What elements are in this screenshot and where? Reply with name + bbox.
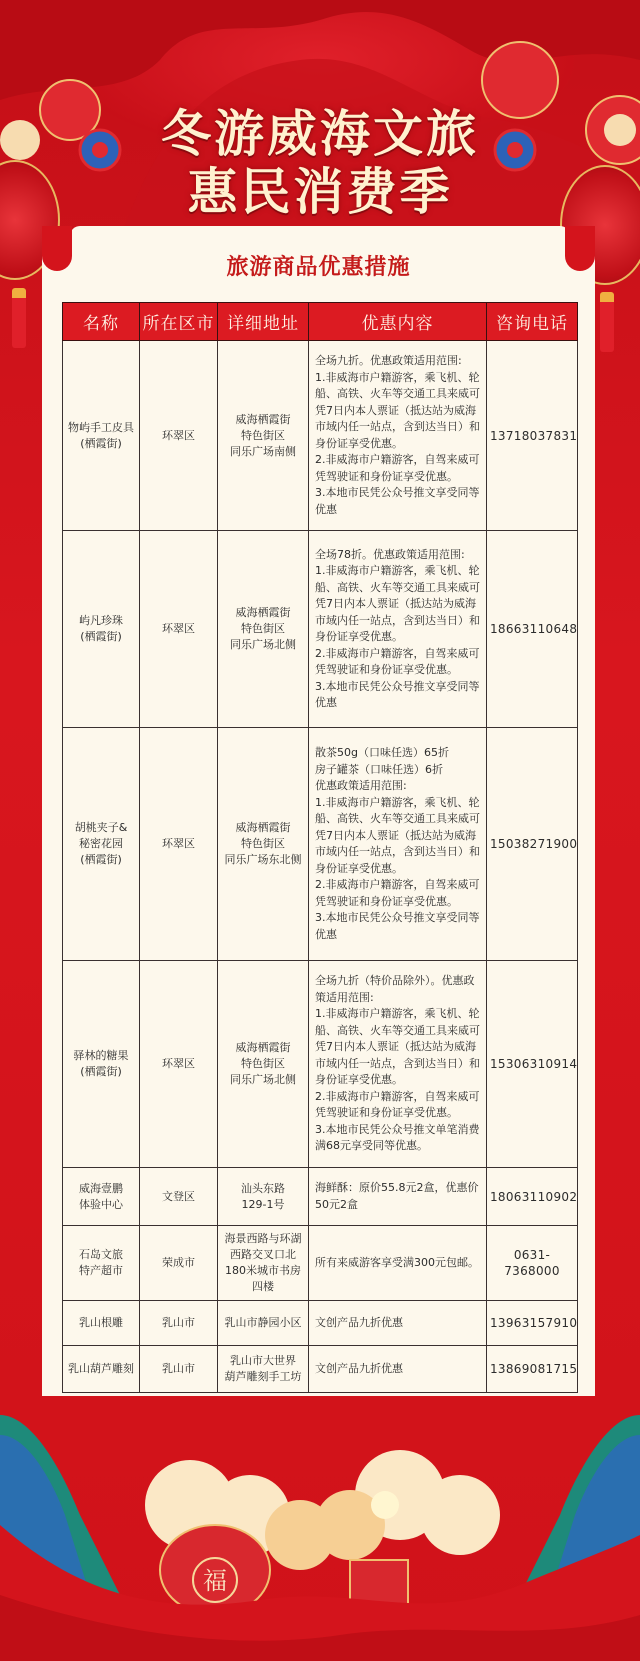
column-header-district: 所在区市 <box>140 303 218 341</box>
table-row: 乳山根雕乳山市乳山市静园小区文创产品九折优惠13963157910 <box>63 1301 578 1346</box>
cell-name: 物屿手工皮具 (栖霞街) <box>63 341 140 531</box>
cell-district: 乳山市 <box>140 1346 218 1393</box>
cell-name: 石岛文旅 特产超市 <box>63 1226 140 1301</box>
cell-phone: 15306310914 <box>487 961 578 1168</box>
cell-name: 驿林的糖果 (栖霞街) <box>63 961 140 1168</box>
cell-offer: 全场九折（特价品除外）。优惠政策适用范围: 1.非威海市户籍游客，乘飞机、轮船、… <box>309 961 487 1168</box>
cell-phone: 15038271900 <box>487 728 578 961</box>
cell-phone: 13963157910 <box>487 1301 578 1346</box>
cell-name: 威海壹鹏 体验中心 <box>63 1168 140 1226</box>
cell-address: 乳山市静园小区 <box>218 1301 309 1346</box>
cell-address: 汕头东路 129-1号 <box>218 1168 309 1226</box>
lantern-tassel-left <box>12 288 26 348</box>
bottom-decoration: 福 <box>0 1395 640 1661</box>
cell-name: 乳山葫芦雕刻 <box>63 1346 140 1393</box>
cell-address: 威海栖霞街 特色街区 同乐广场东北侧 <box>218 728 309 961</box>
cell-offer: 全场78折。优惠政策适用范围: 1.非威海市户籍游客，乘飞机、轮船、高铁、火车等… <box>309 531 487 728</box>
cell-address: 威海栖霞街 特色街区 同乐广场南侧 <box>218 341 309 531</box>
cell-phone: 13718037831 <box>487 341 578 531</box>
offers-table: 名称 所在区市 详细地址 优惠内容 咨询电话 物屿手工皮具 (栖霞街)环翠区威海… <box>62 302 578 1393</box>
cell-address: 海景西路与环湖西路交叉口北180米城市书房四楼 <box>218 1226 309 1301</box>
cell-name: 胡桃夹子& 秘密花园 (栖霞街) <box>63 728 140 961</box>
page-title: 冬游威海文旅 惠民消费季 <box>0 105 640 221</box>
cell-phone: 18663110648 <box>487 531 578 728</box>
table-header-row: 名称 所在区市 详细地址 优惠内容 咨询电话 <box>63 303 578 341</box>
cell-district: 环翠区 <box>140 531 218 728</box>
cell-address: 乳山市大世界 葫芦雕刻手工坊 <box>218 1346 309 1393</box>
column-header-phone: 咨询电话 <box>487 303 578 341</box>
cell-offer: 散茶50g（口味任选）65折 房子罐茶（口味任选）6折 优惠政策适用范围: 1.… <box>309 728 487 961</box>
cell-district: 环翠区 <box>140 341 218 531</box>
cell-address: 威海栖霞街 特色街区 同乐广场北侧 <box>218 961 309 1168</box>
cell-district: 荣成市 <box>140 1226 218 1301</box>
title-line-2: 惠民消费季 <box>0 163 640 221</box>
cell-name: 乳山根雕 <box>63 1301 140 1346</box>
cell-phone: 18063110902 <box>487 1168 578 1226</box>
cell-district: 环翠区 <box>140 728 218 961</box>
table-row: 威海壹鹏 体验中心文登区汕头东路 129-1号海鲜酥：原价55.8元2盒，优惠价… <box>63 1168 578 1226</box>
cell-offer: 文创产品九折优惠 <box>309 1346 487 1393</box>
cell-offer: 海鲜酥：原价55.8元2盒，优惠价50元2盒 <box>309 1168 487 1226</box>
table-row: 驿林的糖果 (栖霞街)环翠区威海栖霞街 特色街区 同乐广场北侧全场九折（特价品除… <box>63 961 578 1168</box>
table-row: 乳山葫芦雕刻乳山市乳山市大世界 葫芦雕刻手工坊文创产品九折优惠138690817… <box>63 1346 578 1393</box>
table-row: 石岛文旅 特产超市荣成市海景西路与环湖西路交叉口北180米城市书房四楼所有来威游… <box>63 1226 578 1301</box>
fu-character: 福 <box>203 1567 227 1595</box>
cell-offer: 全场九折。优惠政策适用范围: 1.非威海市户籍游客，乘飞机、轮船、高铁、火车等交… <box>309 341 487 531</box>
column-header-offer: 优惠内容 <box>309 303 487 341</box>
column-header-name: 名称 <box>63 303 140 341</box>
column-header-address: 详细地址 <box>218 303 309 341</box>
table-row: 物屿手工皮具 (栖霞街)环翠区威海栖霞街 特色街区 同乐广场南侧全场九折。优惠政… <box>63 341 578 531</box>
cell-address: 威海栖霞街 特色街区 同乐广场北侧 <box>218 531 309 728</box>
cell-district: 环翠区 <box>140 961 218 1168</box>
cell-district: 文登区 <box>140 1168 218 1226</box>
lantern-tassel-right <box>600 292 614 352</box>
cell-offer: 文创产品九折优惠 <box>309 1301 487 1346</box>
cell-phone: 0631-7368000 <box>487 1226 578 1301</box>
cell-offer: 所有来威游客享受满300元包邮。 <box>309 1226 487 1301</box>
cell-district: 乳山市 <box>140 1301 218 1346</box>
cell-name: 屿凡珍珠 (栖霞街) <box>63 531 140 728</box>
cell-phone: 13869081715 <box>487 1346 578 1393</box>
table-row: 胡桃夹子& 秘密花园 (栖霞街)环翠区威海栖霞街 特色街区 同乐广场东北侧散茶5… <box>63 728 578 961</box>
section-subtitle: 旅游商品优惠措施 <box>42 250 595 281</box>
title-line-1: 冬游威海文旅 <box>0 105 640 163</box>
table-row: 屿凡珍珠 (栖霞街)环翠区威海栖霞街 特色街区 同乐广场北侧全场78折。优惠政策… <box>63 531 578 728</box>
